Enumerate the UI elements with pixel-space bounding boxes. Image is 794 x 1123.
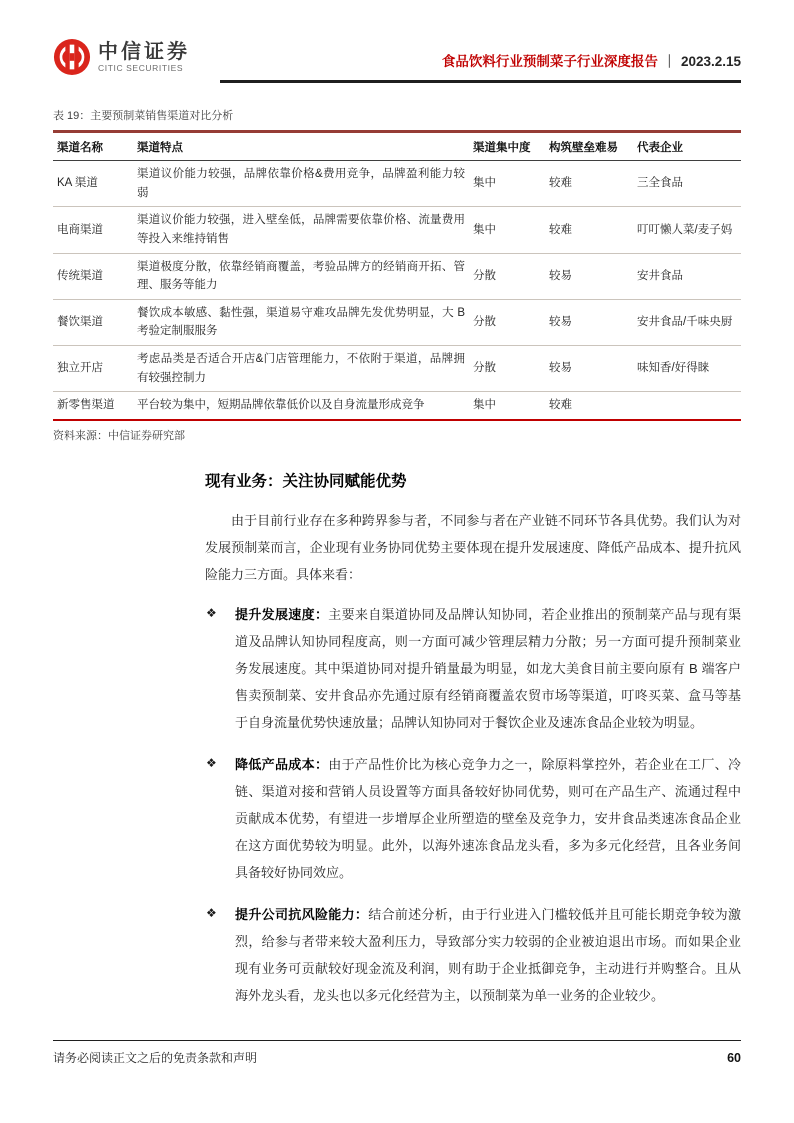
bullet-text: 主要来自渠道协同及品牌认知协同，若企业推出的预制菜产品与现有渠道及品牌认知协同程… <box>235 607 741 730</box>
cell-channel-features: 渠道极度分散，依靠经销商覆盖，考验品牌方的经销商开拓、管理、服务等能力 <box>133 253 469 299</box>
section-heading: 现有业务：关注协同赋能优势 <box>205 469 741 491</box>
footer-disclaimer: 请务必阅读正文之后的免责条款和声明 <box>53 1049 257 1066</box>
bullet-item: ❖降低产品成本：由于产品性价比为核心竞争力之一，除原料掌控外，若企业在工厂、冷链… <box>205 751 741 886</box>
page-footer: 请务必阅读正文之后的免责条款和声明 60 <box>53 1040 741 1066</box>
report-date: 2023.2.15 <box>681 54 741 69</box>
col-header-channel-name: 渠道名称 <box>53 132 133 161</box>
bullet-label: 提升公司抗风险能力： <box>235 907 368 922</box>
col-header-concentration: 渠道集中度 <box>469 132 545 161</box>
page-header: 中信证券 CITIC SECURITIES 食品饮料行业预制菜子行业深度报告｜2… <box>53 36 741 83</box>
diamond-bullet-icon: ❖ <box>206 601 217 626</box>
cell-concentration: 分散 <box>469 346 545 392</box>
cell-concentration: 集中 <box>469 207 545 253</box>
cell-companies <box>633 392 741 420</box>
cell-concentration: 分散 <box>469 253 545 299</box>
table-row: KA 渠道 渠道议价能力较强，品牌依靠价格&费用竞争，品牌盈利能力较弱 集中 较… <box>53 161 741 207</box>
logo-name-cn: 中信证券 <box>98 42 190 63</box>
cell-barrier: 较易 <box>545 299 633 345</box>
document-body: 现有业务：关注协同赋能优势 由于目前行业存在多种跨界参与者，不同参与者在产业链不… <box>205 469 741 1010</box>
cell-barrier: 较难 <box>545 161 633 207</box>
table-caption: 表 19：主要预制菜销售渠道对比分析 <box>53 107 741 123</box>
citic-logo: 中信证券 CITIC SECURITIES <box>53 38 190 76</box>
logo-name-en: CITIC SECURITIES <box>98 63 190 73</box>
footer-page-number: 60 <box>727 1051 741 1065</box>
cell-channel-features: 考虑品类是否适合开店&门店管理能力，不依附于渠道，品牌拥有较强控制力 <box>133 346 469 392</box>
table-row: 新零售渠道 平台较为集中，短期品牌依靠低价以及自身流量形成竞争 集中 较难 <box>53 392 741 420</box>
bullet-label: 降低产品成本： <box>235 757 328 772</box>
cell-concentration: 分散 <box>469 299 545 345</box>
cell-barrier: 较难 <box>545 207 633 253</box>
cell-companies: 三全食品 <box>633 161 741 207</box>
cell-channel-features: 渠道议价能力较强，品牌依靠价格&费用竞争，品牌盈利能力较弱 <box>133 161 469 207</box>
citic-logo-icon <box>53 38 91 76</box>
channel-comparison-table-section: 表 19：主要预制菜销售渠道对比分析 渠道名称 渠道特点 渠道集中度 构筑壁垒难… <box>53 107 741 443</box>
cell-channel-name: 电商渠道 <box>53 207 133 253</box>
bullet-item: ❖提升公司抗风险能力：结合前述分析，由于行业进入门槛较低并且可能长期竞争较为激烈… <box>205 901 741 1009</box>
cell-channel-name: 独立开店 <box>53 346 133 392</box>
cell-channel-name: 传统渠道 <box>53 253 133 299</box>
table-source-note: 资料来源：中信证券研究部 <box>53 427 741 443</box>
channel-comparison-table: 渠道名称 渠道特点 渠道集中度 构筑壁垒难易 代表企业 KA 渠道 渠道议价能力… <box>53 130 741 421</box>
col-header-channel-features: 渠道特点 <box>133 132 469 161</box>
title-date-separator: ｜ <box>663 54 676 69</box>
cell-channel-features: 渠道议价能力较强，进入壁垒低，品牌需要依靠价格、流量费用等投入来维持销售 <box>133 207 469 253</box>
table-header-row: 渠道名称 渠道特点 渠道集中度 构筑壁垒难易 代表企业 <box>53 132 741 161</box>
diamond-bullet-icon: ❖ <box>206 901 217 926</box>
citic-logo-text: 中信证券 CITIC SECURITIES <box>98 42 190 73</box>
report-title: 食品饮料行业预制菜子行业深度报告 <box>442 54 658 69</box>
bullet-item: ❖提升发展速度：主要来自渠道协同及品牌认知协同，若企业推出的预制菜产品与现有渠道… <box>205 601 741 736</box>
cell-channel-features: 平台较为集中，短期品牌依靠低价以及自身流量形成竞争 <box>133 392 469 420</box>
cell-concentration: 集中 <box>469 161 545 207</box>
cell-concentration: 集中 <box>469 392 545 420</box>
cell-companies: 安井食品/千味央厨 <box>633 299 741 345</box>
cell-channel-name: KA 渠道 <box>53 161 133 207</box>
col-header-barrier: 构筑壁垒难易 <box>545 132 633 161</box>
table-row: 传统渠道 渠道极度分散，依靠经销商覆盖，考验品牌方的经销商开拓、管理、服务等能力… <box>53 253 741 299</box>
cell-companies: 叮叮懒人菜/麦子妈 <box>633 207 741 253</box>
header-title-bar: 食品饮料行业预制菜子行业深度报告｜2023.2.15 <box>220 36 741 83</box>
diamond-bullet-icon: ❖ <box>206 751 217 776</box>
cell-companies: 味知香/好得睐 <box>633 346 741 392</box>
cell-barrier: 较难 <box>545 392 633 420</box>
bullet-list: ❖提升发展速度：主要来自渠道协同及品牌认知协同，若企业推出的预制菜产品与现有渠道… <box>205 601 741 1009</box>
cell-channel-name: 餐饮渠道 <box>53 299 133 345</box>
bullet-label: 提升发展速度： <box>235 607 328 622</box>
col-header-companies: 代表企业 <box>633 132 741 161</box>
table-row: 电商渠道 渠道议价能力较强，进入壁垒低，品牌需要依靠价格、流量费用等投入来维持销… <box>53 207 741 253</box>
report-page: 中信证券 CITIC SECURITIES 食品饮料行业预制菜子行业深度报告｜2… <box>0 0 794 1123</box>
cell-channel-name: 新零售渠道 <box>53 392 133 420</box>
cell-barrier: 较易 <box>545 253 633 299</box>
cell-companies: 安井食品 <box>633 253 741 299</box>
bullet-text: 由于产品性价比为核心竞争力之一，除原料掌控外，若企业在工厂、冷链、渠道对接和营销… <box>235 757 741 880</box>
table-row: 独立开店 考虑品类是否适合开店&门店管理能力，不依附于渠道，品牌拥有较强控制力 … <box>53 346 741 392</box>
cell-channel-features: 餐饮成本敏感、黏性强，渠道易守难攻品牌先发优势明显，大 B 考验定制服服务 <box>133 299 469 345</box>
table-row: 餐饮渠道 餐饮成本敏感、黏性强，渠道易守难攻品牌先发优势明显，大 B 考验定制服… <box>53 299 741 345</box>
cell-barrier: 较易 <box>545 346 633 392</box>
intro-paragraph: 由于目前行业存在多种跨界参与者，不同参与者在产业链不同环节各具优势。我们认为对发… <box>205 507 741 588</box>
